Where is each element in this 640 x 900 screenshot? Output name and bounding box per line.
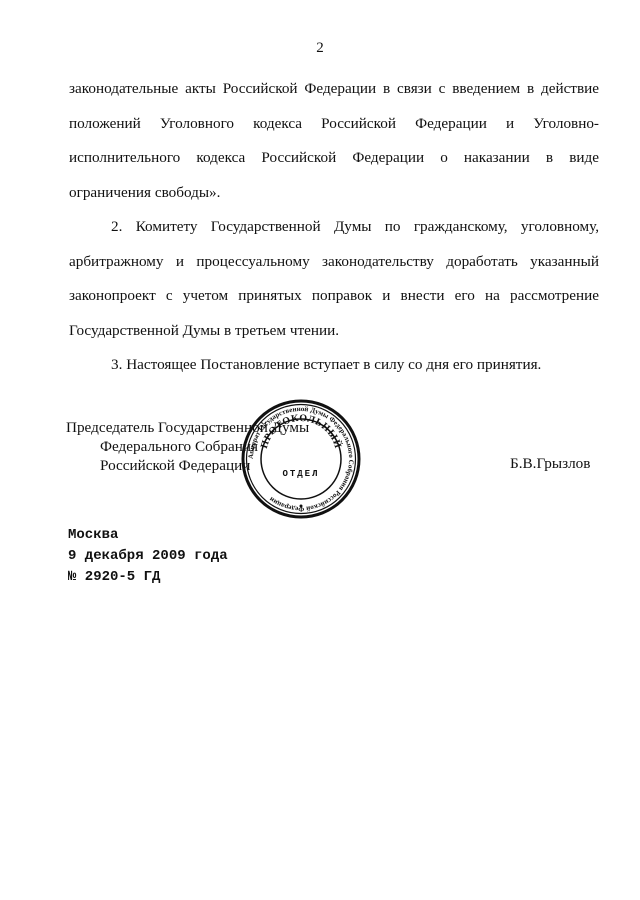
document-number: № 2920-5 ГД (68, 567, 228, 588)
text-line: 3. Настоящее Постановление вступает в си… (69, 348, 599, 383)
paragraph-item-2: 2. Комитету Государственной Думы по граж… (69, 210, 599, 348)
stamp-seal-icon: Аппарат Государственной Думы Федеральног… (240, 398, 362, 520)
document-footer: Москва 9 декабря 2009 года № 2920-5 ГД (68, 525, 228, 588)
date: 9 декабря 2009 года (68, 546, 228, 567)
signer-name: Б.В.Грызлов (510, 455, 590, 473)
text-line: ограничения свободы». (69, 176, 599, 211)
text-line: положений Уголовного кодекса Российской … (69, 107, 599, 142)
paragraph-continuation: законодательные акты Российской Федераци… (69, 72, 599, 210)
text-line: исполнительного кодекса Российской Федер… (69, 141, 599, 176)
stamp-center-bottom: ОТДЕЛ (282, 469, 319, 479)
page-number: 2 (0, 40, 640, 57)
text-line: законодательные акты Российской Федераци… (69, 72, 599, 107)
text-line: законопроект с учетом принятых поправок … (69, 279, 599, 314)
text-line: арбитражному и процессуальному законодат… (69, 245, 599, 280)
document-body: законодательные акты Российской Федераци… (69, 72, 599, 383)
city: Москва (68, 525, 228, 546)
official-stamp: Аппарат Государственной Думы Федеральног… (240, 398, 362, 520)
paragraph-item-3: 3. Настоящее Постановление вступает в си… (69, 348, 599, 383)
text-line: 2. Комитету Государственной Думы по граж… (69, 210, 599, 245)
text-line: Государственной Думы в третьем чтении. (69, 314, 599, 349)
